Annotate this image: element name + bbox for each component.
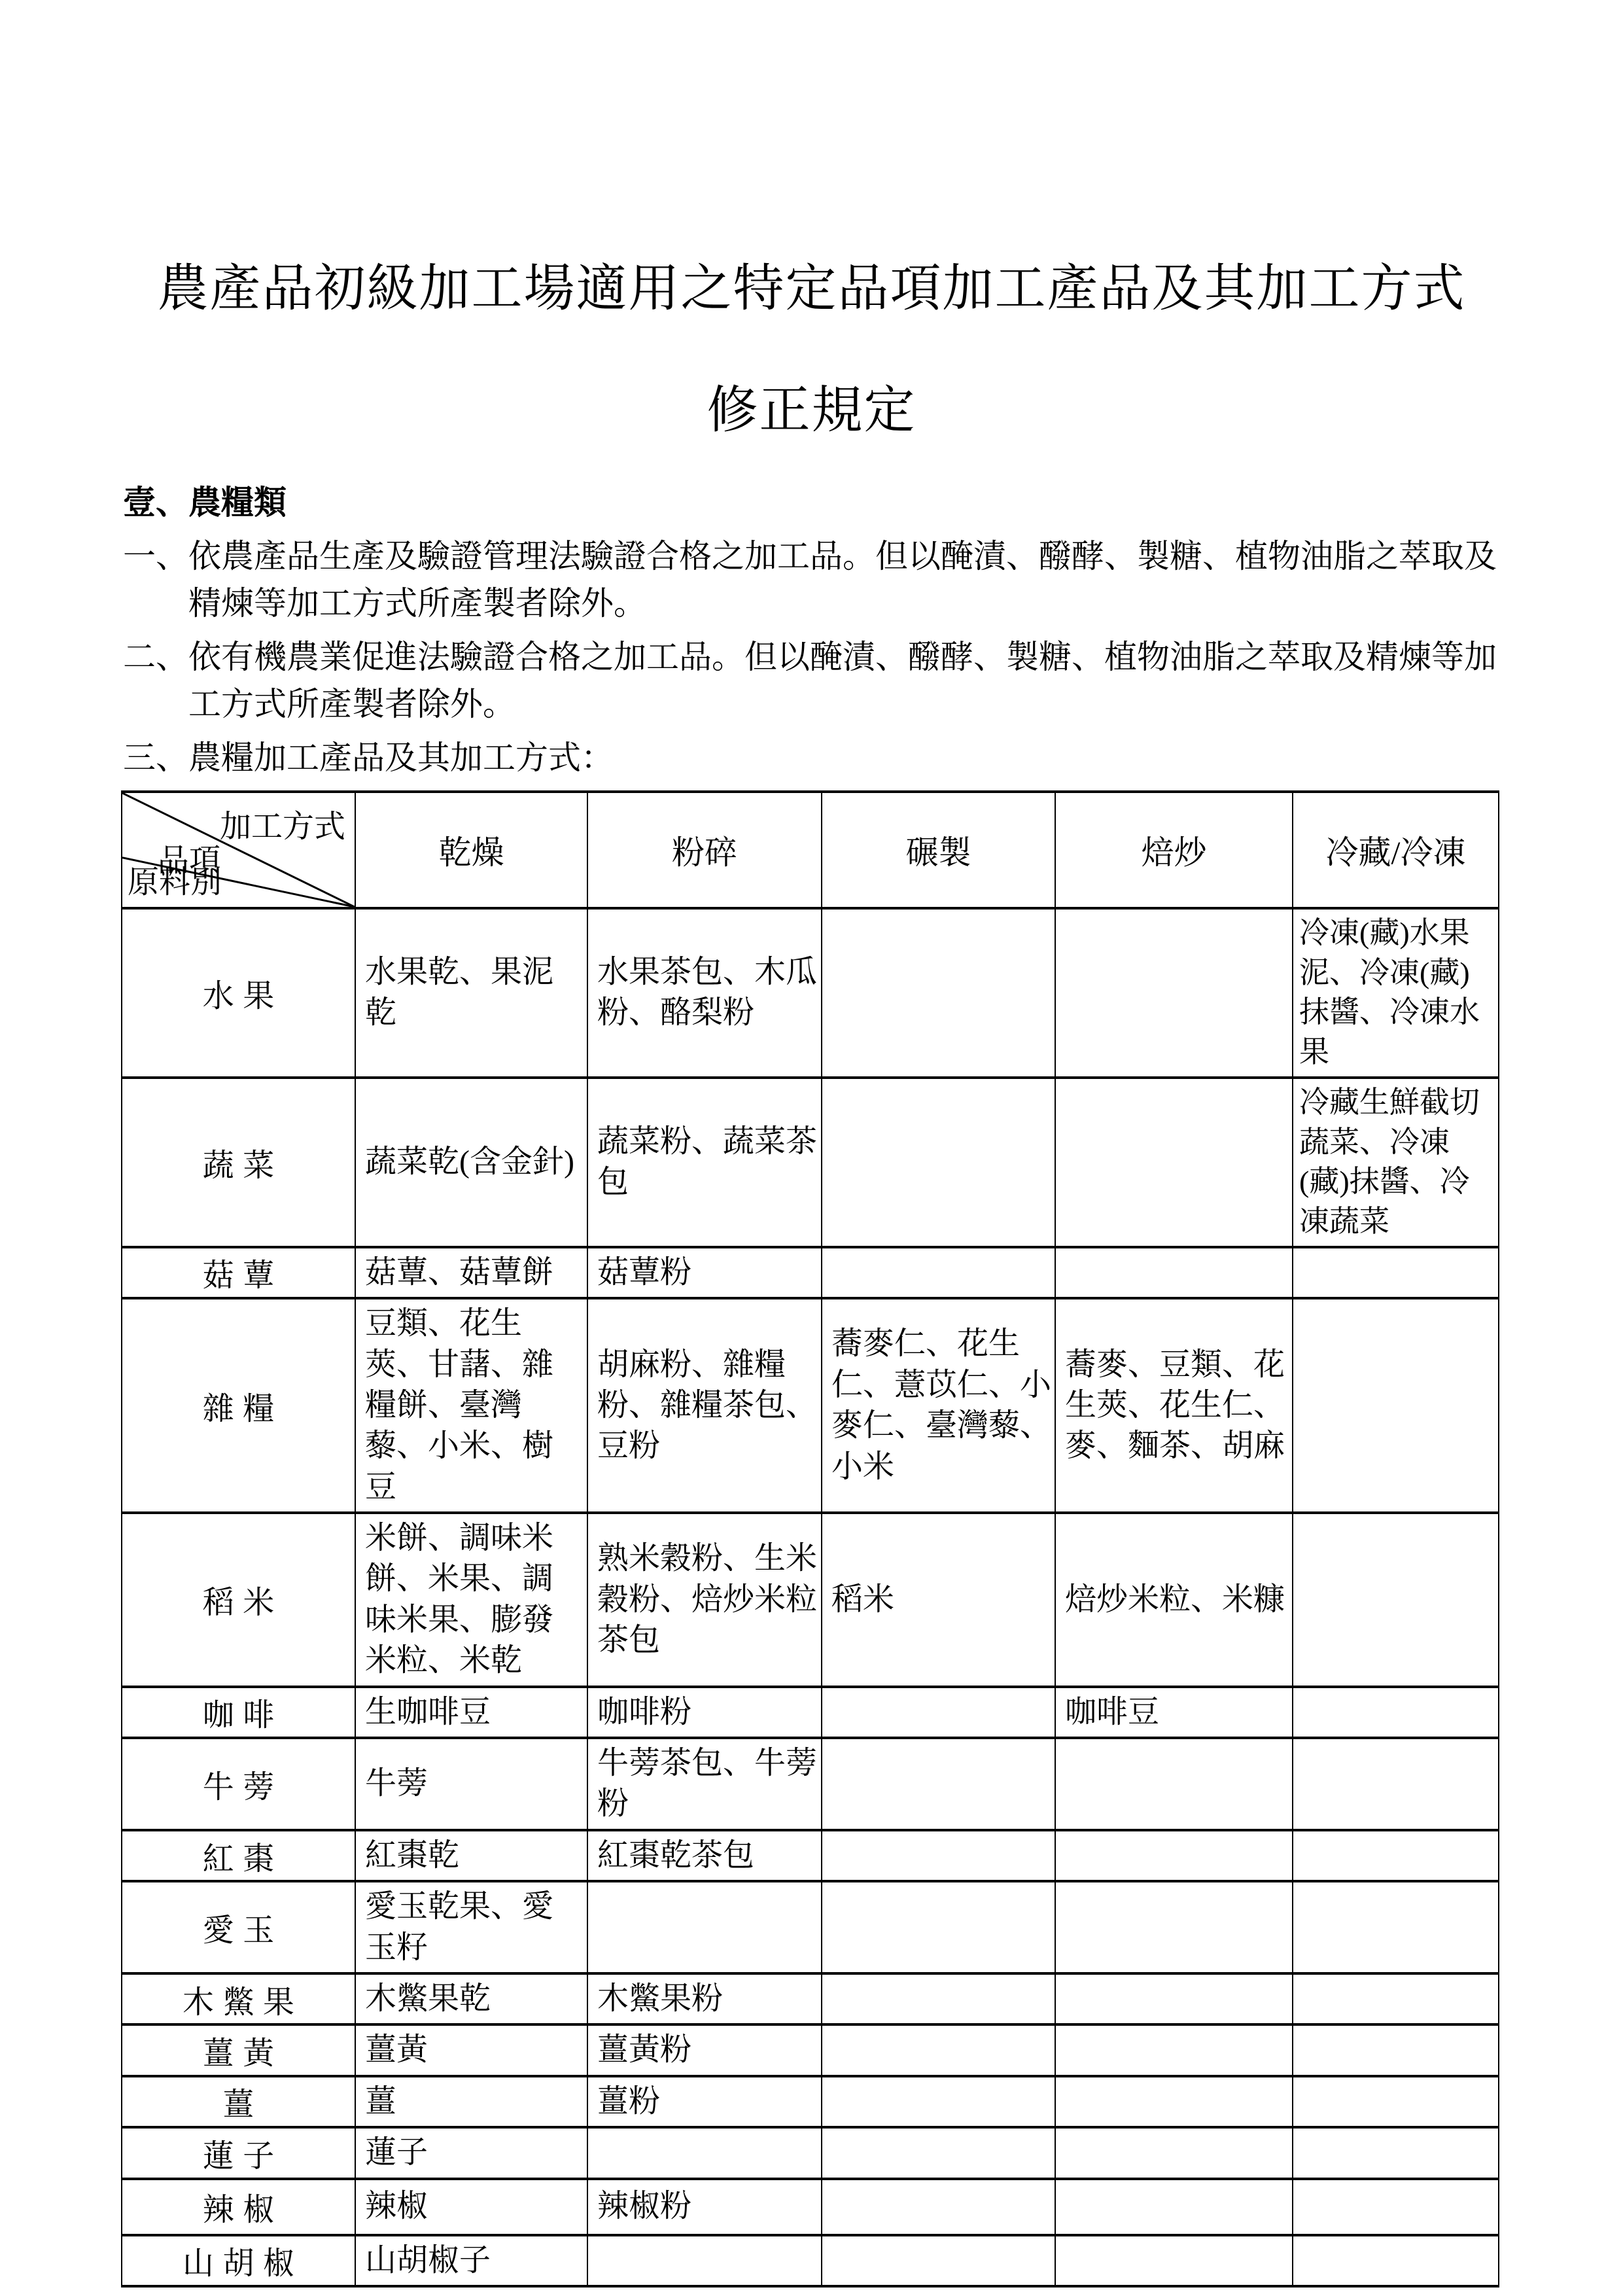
material-cell: 菇蕈: [122, 1247, 355, 1298]
milling-cell: [822, 1078, 1055, 1247]
drying-cell: 米餅、調味米餅、米果、調味米果、膨發米粒、米乾: [355, 1513, 587, 1687]
grinding-cell: 辣椒粉: [587, 2179, 822, 2235]
grinding-cell: 牛蒡茶包、牛蒡粉: [587, 1738, 822, 1830]
item-text: 依有機農業促進法驗證合格之加工品。但以醃漬、醱酵、製糖、植物油脂之萃取及精煉等加…: [188, 639, 1497, 722]
drying-cell: 牛蒡: [355, 1738, 587, 1830]
roasting-cell: [1055, 1247, 1293, 1298]
table-row: 蔬菜 蔬菜乾(含金針) 蔬菜粉、蔬菜茶包 冷藏生鮮截切蔬菜、冷凍(藏)抹醬、冷凍…: [122, 1078, 1499, 1247]
corner-label-processing-method: 加工方式: [220, 801, 345, 846]
drying-cell: 蓮子: [355, 2127, 587, 2178]
corner-label-raw-material: 原料別: [128, 857, 222, 902]
roasting-cell: [1055, 2024, 1293, 2075]
grinding-cell: 紅棗乾茶包: [587, 1830, 822, 1881]
drying-cell: 水果乾、果泥乾: [355, 908, 587, 1078]
material-cell: 牛蒡: [122, 1738, 355, 1830]
milling-cell: [822, 2076, 1055, 2127]
refrigeration-freezing-cell: [1293, 1247, 1499, 1298]
material-cell: 雜糧: [122, 1298, 355, 1513]
grinding-cell: 薑粉: [587, 2076, 822, 2127]
refrigeration-freezing-cell: [1293, 2076, 1499, 2127]
refrigeration-freezing-cell: [1293, 2179, 1499, 2235]
roasting-cell: [1055, 1738, 1293, 1830]
roasting-cell: [1055, 2179, 1293, 2235]
roasting-cell: [1055, 1830, 1293, 1881]
grinding-cell: 木鱉果粉: [587, 1973, 822, 2024]
refrigeration-freezing-cell: [1293, 1973, 1499, 2024]
refrigeration-freezing-cell: [1293, 1830, 1499, 1881]
table-row: 木鱉果 木鱉果乾 木鱉果粉: [122, 1973, 1499, 2024]
roasting-cell: [1055, 2127, 1293, 2178]
table-row: 牛蒡 牛蒡 牛蒡茶包、牛蒡粉: [122, 1738, 1499, 1830]
milling-cell: [822, 1881, 1055, 1973]
grinding-cell: 水果茶包、木瓜粉、酪梨粉: [587, 908, 822, 1078]
material-cell: 山胡椒: [122, 2235, 355, 2286]
processing-methods-table: 加工方式 品項 原料別 乾燥 粉碎 碾製 焙炒 冷藏/冷凍 水果 水果乾、果泥乾…: [121, 790, 1499, 2287]
item-text: 依農產品生產及驗證管理法驗證合格之加工品。但以醃漬、醱酵、製糖、植物油脂之萃取及…: [188, 538, 1497, 622]
drying-cell: 薑: [355, 2076, 587, 2127]
refrigeration-freezing-cell: [1293, 1298, 1499, 1513]
document-page: 農產品初級加工場適用之特定品項加工產品及其加工方式 修正規定 壹、農糧類 一、依…: [0, 0, 1623, 2296]
column-header-drying: 乾燥: [355, 792, 587, 908]
grinding-cell: [587, 1881, 822, 1973]
table-header-row: 加工方式 品項 原料別 乾燥 粉碎 碾製 焙炒 冷藏/冷凍: [122, 792, 1499, 908]
drying-cell: 紅棗乾: [355, 1830, 587, 1881]
drying-cell: 木鱉果乾: [355, 1973, 587, 2024]
drying-cell: 菇蕈、菇蕈餅: [355, 1247, 587, 1298]
table-row: 咖啡 生咖啡豆 咖啡粉 咖啡豆: [122, 1687, 1499, 1738]
material-cell: 蔬菜: [122, 1078, 355, 1247]
column-header-grinding: 粉碎: [587, 792, 822, 908]
drying-cell: 生咖啡豆: [355, 1687, 587, 1738]
milling-cell: [822, 2235, 1055, 2286]
grinding-cell: 薑黃粉: [587, 2024, 822, 2075]
refrigeration-freezing-cell: [1293, 2127, 1499, 2178]
refrigeration-freezing-cell: [1293, 1881, 1499, 1973]
column-header-refrigeration-freezing: 冷藏/冷凍: [1293, 792, 1499, 908]
grinding-cell: 蔬菜粉、蔬菜茶包: [587, 1078, 822, 1247]
material-cell: 木鱉果: [122, 1973, 355, 2024]
grinding-cell: 胡麻粉、雜糧粉、雜糧茶包、豆粉: [587, 1298, 822, 1513]
refrigeration-freezing-cell: [1293, 2024, 1499, 2075]
refrigeration-freezing-cell: 冷藏生鮮截切蔬菜、冷凍(藏)抹醬、冷凍蔬菜: [1293, 1078, 1499, 1247]
drying-cell: 薑黃: [355, 2024, 587, 2075]
refrigeration-freezing-cell: [1293, 1513, 1499, 1687]
roasting-cell: [1055, 908, 1293, 1078]
item-number: 三、: [123, 739, 188, 776]
grinding-cell: 咖啡粉: [587, 1687, 822, 1738]
milling-cell: [822, 1973, 1055, 2024]
table-row: 薑 薑 薑粉: [122, 2076, 1499, 2127]
roasting-cell: [1055, 2076, 1293, 2127]
table-row: 稻米 米餅、調味米餅、米果、調味米果、膨發米粒、米乾 熟米穀粉、生米穀粉、焙炒米…: [122, 1513, 1499, 1687]
section-heading: 壹、農糧類: [123, 479, 1500, 526]
table-row: 薑黃 薑黃 薑黃粉: [122, 2024, 1499, 2075]
material-cell: 辣椒: [122, 2179, 355, 2235]
drying-cell: 愛玉乾果、愛玉籽: [355, 1881, 587, 1973]
grinding-cell: 菇蕈粉: [587, 1247, 822, 1298]
roasting-cell: 焙炒米粒、米糠: [1055, 1513, 1293, 1687]
process-table-body: 水果 水果乾、果泥乾 水果茶包、木瓜粉、酪梨粉 冷凍(藏)水果泥、冷凍(藏)抹醬…: [122, 908, 1499, 2286]
milling-cell: 稻米: [822, 1513, 1055, 1687]
material-cell: 咖啡: [122, 1687, 355, 1738]
drying-cell: 辣椒: [355, 2179, 587, 2235]
table-row: 雜糧 豆類、花生莢、甘藷、雜糧餅、臺灣藜、小米、樹豆 胡麻粉、雜糧粉、雜糧茶包、…: [122, 1298, 1499, 1513]
column-header-milling: 碾製: [822, 792, 1055, 908]
milling-cell: [822, 2024, 1055, 2075]
drying-cell: 蔬菜乾(含金針): [355, 1078, 587, 1247]
roasting-cell: [1055, 1078, 1293, 1247]
material-cell: 紅棗: [122, 1830, 355, 1881]
column-header-roasting: 焙炒: [1055, 792, 1293, 908]
paragraph-item-1: 一、依農產品生產及驗證管理法驗證合格之加工品。但以醃漬、醱酵、製糖、植物油脂之萃…: [123, 533, 1500, 627]
grinding-cell: 熟米穀粉、生米穀粉、焙炒米粒茶包: [587, 1513, 822, 1687]
milling-cell: [822, 2127, 1055, 2178]
table-row: 愛玉 愛玉乾果、愛玉籽: [122, 1881, 1499, 1973]
table-row: 菇蕈 菇蕈、菇蕈餅 菇蕈粉: [122, 1247, 1499, 1298]
table-row: 山胡椒 山胡椒子: [122, 2235, 1499, 2286]
table-row: 辣椒 辣椒 辣椒粉: [122, 2179, 1499, 2235]
table-row: 蓮子 蓮子: [122, 2127, 1499, 2178]
table-row: 紅棗 紅棗乾 紅棗乾茶包: [122, 1830, 1499, 1881]
document-title: 農產品初級加工場適用之特定品項加工產品及其加工方式 修正規定: [0, 228, 1623, 471]
document-body: 壹、農糧類 一、依農產品生產及驗證管理法驗證合格之加工品。但以醃漬、醱酵、製糖、…: [123, 479, 1500, 781]
refrigeration-freezing-cell: [1293, 2235, 1499, 2286]
grinding-cell: [587, 2235, 822, 2286]
drying-cell: 山胡椒子: [355, 2235, 587, 2286]
title-line-1: 農產品初級加工場適用之特定品項加工產品及其加工方式: [0, 228, 1623, 349]
refrigeration-freezing-cell: [1293, 1738, 1499, 1830]
material-cell: 蓮子: [122, 2127, 355, 2178]
diagonal-corner-cell: 加工方式 品項 原料別: [122, 792, 355, 908]
material-cell: 薑黃: [122, 2024, 355, 2075]
grinding-cell: [587, 2127, 822, 2178]
roasting-cell: [1055, 1881, 1293, 1973]
table-row: 水果 水果乾、果泥乾 水果茶包、木瓜粉、酪梨粉 冷凍(藏)水果泥、冷凍(藏)抹醬…: [122, 908, 1499, 1078]
material-cell: 薑: [122, 2076, 355, 2127]
milling-cell: [822, 1830, 1055, 1881]
milling-cell: [822, 908, 1055, 1078]
milling-cell: 蕎麥仁、花生仁、薏苡仁、小麥仁、臺灣藜、小米: [822, 1298, 1055, 1513]
roasting-cell: 蕎麥、豆類、花生莢、花生仁、麥、麵茶、胡麻: [1055, 1298, 1293, 1513]
title-line-2: 修正規定: [0, 349, 1623, 471]
roasting-cell: 咖啡豆: [1055, 1687, 1293, 1738]
milling-cell: [822, 1687, 1055, 1738]
drying-cell: 豆類、花生莢、甘藷、雜糧餅、臺灣藜、小米、樹豆: [355, 1298, 587, 1513]
refrigeration-freezing-cell: 冷凍(藏)水果泥、冷凍(藏)抹醬、冷凍水果: [1293, 908, 1499, 1078]
material-cell: 稻米: [122, 1513, 355, 1687]
paragraph-item-3: 三、農糧加工產品及其加工方式：: [123, 734, 1500, 781]
milling-cell: [822, 1247, 1055, 1298]
item-text: 農糧加工產品及其加工方式：: [188, 739, 614, 776]
material-cell: 水果: [122, 908, 355, 1078]
milling-cell: [822, 2179, 1055, 2235]
roasting-cell: [1055, 2235, 1293, 2286]
roasting-cell: [1055, 1973, 1293, 2024]
milling-cell: [822, 1738, 1055, 1830]
item-number: 一、: [123, 538, 188, 574]
paragraph-item-2: 二、依有機農業促進法驗證合格之加工品。但以醃漬、醱酵、製糖、植物油脂之萃取及精煉…: [123, 633, 1500, 728]
material-cell: 愛玉: [122, 1881, 355, 1973]
item-number: 二、: [123, 639, 188, 675]
refrigeration-freezing-cell: [1293, 1687, 1499, 1738]
